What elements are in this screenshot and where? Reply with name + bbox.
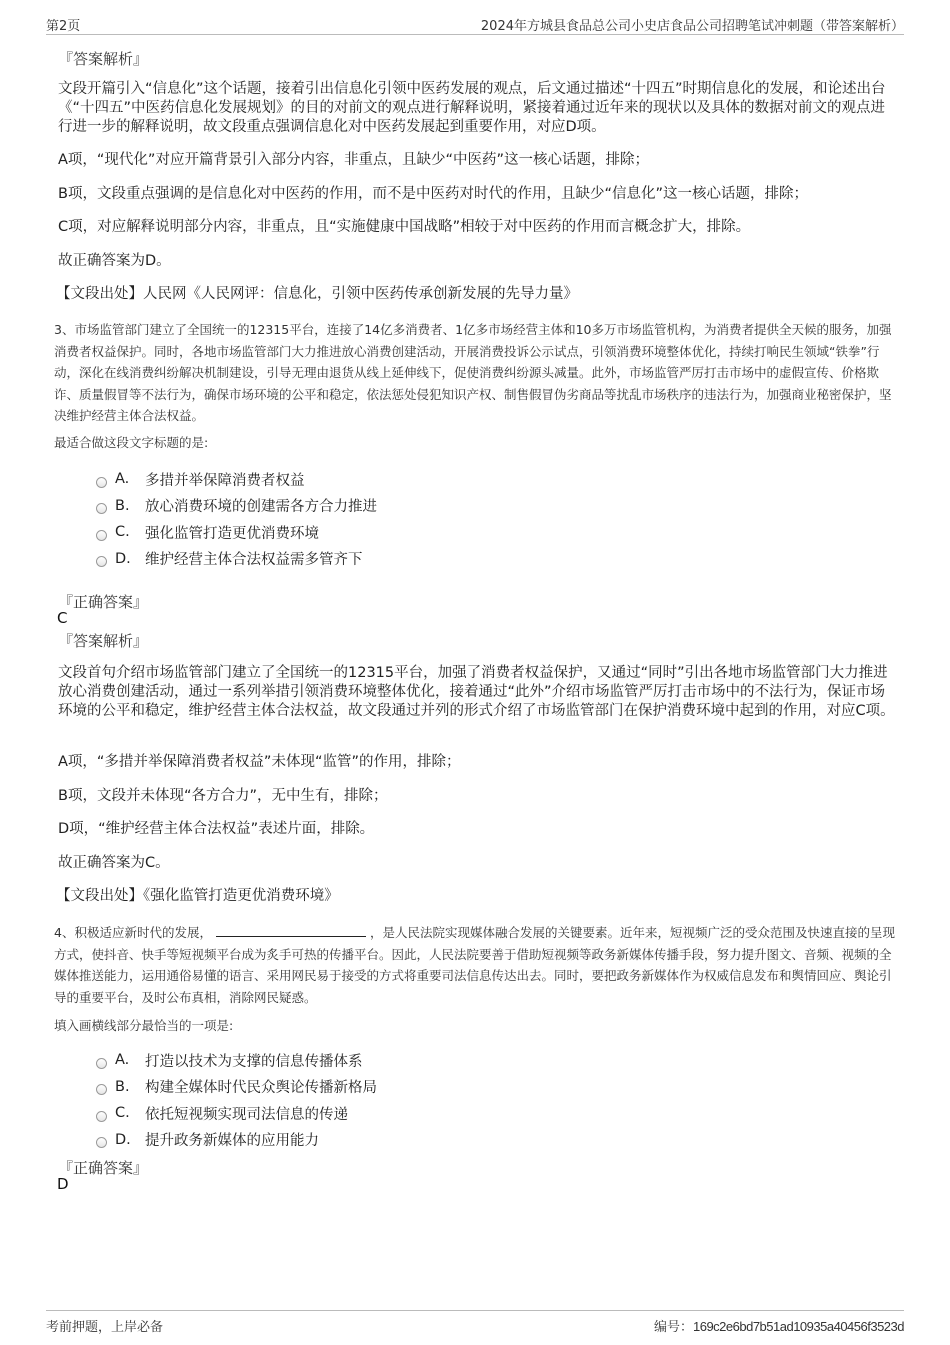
analysis-text: 文段开篇引入“信息化”这个话题，接着引出信息化引领中医药发展的观点，后文通过描述… — [58, 80, 898, 137]
radio-button[interactable] — [96, 477, 107, 488]
radio-button[interactable] — [96, 1058, 107, 1069]
analysis-option-b: B项，文段并未体现“各方合力”，无中生有，排除； — [58, 787, 898, 806]
analysis-text: 文段首句介绍市场监管部门建立了全国统一的12315平台，加强了消费者权益保护，又… — [58, 664, 898, 721]
option-b[interactable]: B. 放心消费环境的创建需各方合力推进 — [96, 493, 377, 520]
correct-answer-label: 『正确答案』 — [58, 1157, 148, 1178]
option-text: 维护经营主体合法权益需多管齐下 — [145, 548, 363, 569]
radio-button[interactable] — [96, 1111, 107, 1122]
radio-button[interactable] — [96, 503, 107, 514]
document-title: 2024年方城县食品总公司小史店食品公司招聘笔试冲刺题（带答案解析） — [481, 15, 904, 34]
analysis-option-a: A项，“现代化”对应开篇背景引入部分内容，非重点，且缺少“中医药”这一核心话题，… — [58, 151, 898, 170]
analysis-source: 【文段出处】《强化监管打造更优消费环境》 — [56, 887, 896, 906]
option-text: 打造以技术为支撑的信息传播体系 — [145, 1050, 363, 1071]
analysis-option-c: C项，对应解释说明部分内容，非重点，且“实施健康中国战略”相较于对中医药的作用而… — [58, 218, 898, 237]
option-a[interactable]: A. 打造以技术为支撑的信息传播体系 — [96, 1047, 377, 1074]
question-4-prompt: 填入画横线部分最恰当的一项是: — [54, 1015, 899, 1037]
question-3-prompt: 最适合做这段文字标题的是: — [54, 432, 899, 454]
analysis-conclusion: 故正确答案为C。 — [58, 854, 898, 873]
page-number: 第2页 — [46, 15, 80, 34]
correct-answer: D — [57, 1175, 69, 1193]
analysis-label: 『答案解析』 — [58, 630, 148, 651]
option-a[interactable]: A. 多措并举保障消费者权益 — [96, 466, 377, 493]
radio-button[interactable] — [96, 530, 107, 541]
analysis-option-b: B项，文段重点强调的是信息化对中医药的作用，而不是中医药对时代的作用，且缺少“信… — [58, 185, 898, 204]
correct-answer-label: 『正确答案』 — [58, 591, 148, 612]
footer-slogan: 考前押题，上岸必备 — [46, 1316, 163, 1335]
option-text: 放心消费环境的创建需各方合力推进 — [145, 495, 377, 516]
analysis-conclusion: 故正确答案为D。 — [58, 252, 898, 271]
option-c[interactable]: C. 依托短视频实现司法信息的传递 — [96, 1100, 377, 1127]
analysis-option-d: D项，“维护经营主体合法权益”表述片面，排除。 — [58, 820, 898, 839]
correct-answer: C — [57, 609, 67, 627]
option-b[interactable]: B. 构建全媒体时代民众舆论传播新格局 — [96, 1074, 377, 1101]
question-4-stem: 4、积极适应新时代的发展，，是人民法院实现媒体融合发展的关键要素。近年来，短视频… — [54, 922, 899, 1008]
analysis-label: 『答案解析』 — [58, 48, 148, 69]
analysis-option-a: A项，“多措并举保障消费者权益”未体现“监管”的作用，排除； — [58, 753, 898, 772]
option-text: 构建全媒体时代民众舆论传播新格局 — [145, 1076, 377, 1097]
question-4-options: A. 打造以技术为支撑的信息传播体系 B. 构建全媒体时代民众舆论传播新格局 C… — [96, 1047, 377, 1153]
option-text: 依托短视频实现司法信息的传递 — [145, 1103, 348, 1124]
radio-button[interactable] — [96, 556, 107, 567]
radio-button[interactable] — [96, 1084, 107, 1095]
option-d[interactable]: D. 维护经营主体合法权益需多管齐下 — [96, 546, 377, 573]
page-footer: 考前押题，上岸必备 编号：169c2e6bd7b51ad10935a40456f… — [46, 1310, 904, 1335]
option-text: 强化监管打造更优消费环境 — [145, 522, 319, 543]
analysis-source: 【文段出处】人民网《人民网评：信息化，引领中医药传承创新发展的先导力量》 — [56, 285, 896, 304]
option-c[interactable]: C. 强化监管打造更优消费环境 — [96, 519, 377, 546]
option-text: 多措并举保障消费者权益 — [145, 469, 305, 490]
question-3-options: A. 多措并举保障消费者权益 B. 放心消费环境的创建需各方合力推进 C. 强化… — [96, 466, 377, 572]
question-3-stem: 3、市场监管部门建立了全国统一的12315平台，连接了14亿多消费者、1亿多市场… — [54, 319, 899, 427]
serial-number: 编号：169c2e6bd7b51ad10935a40456f3523d — [654, 1316, 904, 1335]
fill-in-blank — [216, 924, 366, 937]
option-text: 提升政务新媒体的应用能力 — [145, 1129, 319, 1150]
option-d[interactable]: D. 提升政务新媒体的应用能力 — [96, 1127, 377, 1154]
radio-button[interactable] — [96, 1137, 107, 1148]
page-header: 第2页 2024年方城县食品总公司小史店食品公司招聘笔试冲刺题（带答案解析） — [46, 12, 904, 35]
